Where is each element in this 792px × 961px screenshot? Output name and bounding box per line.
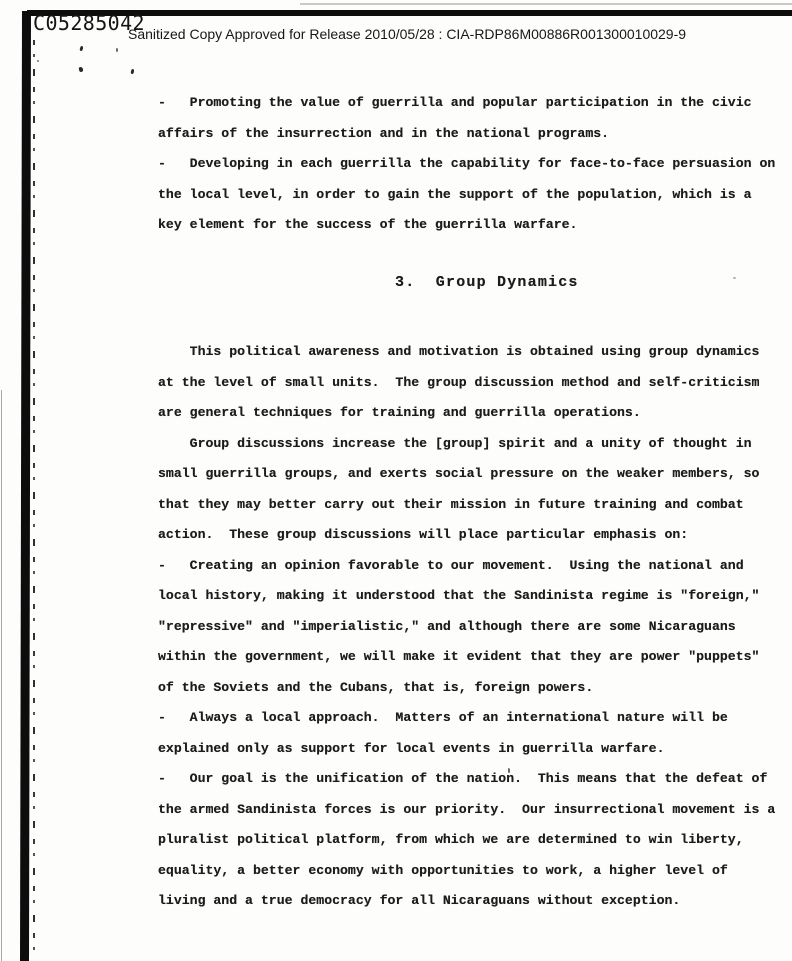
scan-speckle — [130, 69, 134, 75]
text-line: Group discussions increase the [group] s… — [158, 429, 792, 460]
scan-speckle — [116, 48, 118, 52]
text-line: the local level, in order to gain the su… — [158, 180, 792, 211]
text-line: "repressive" and "imperialistic," and al… — [158, 612, 792, 643]
scan-speckle — [79, 46, 83, 52]
text-line: - Our goal is the unification of the nat… — [158, 764, 792, 795]
text-line: explained only as support for local even… — [158, 734, 792, 765]
release-banner: Sanitized Copy Approved for Release 2010… — [128, 26, 686, 42]
text-line: This political awareness and motivation … — [158, 337, 792, 368]
text-line: within the government, we will make it e… — [158, 642, 792, 673]
scanned-document-page: C05285042 Sanitized Copy Approved for Re… — [0, 0, 792, 961]
section-heading: 3. Group Dynamics — [158, 268, 792, 299]
text-line: affairs of the insurrection and in the n… — [158, 119, 792, 150]
text-line: - Creating an opinion favorable to our m… — [158, 551, 792, 582]
text-line: the armed Sandinista forces is our prior… — [158, 795, 792, 826]
text-line: - Developing in each guerrilla the capab… — [158, 149, 792, 180]
scan-border-left — [20, 11, 31, 961]
text-line: pluralist political platform, from which… — [158, 825, 792, 856]
text-line: equality, a better economy with opportun… — [158, 856, 792, 887]
text-line: key element for the success of the guerr… — [158, 210, 792, 241]
text-line: living and a true democracy for all Nica… — [158, 886, 792, 917]
text-line: are general techniques for training and … — [158, 398, 792, 429]
text-line: small guerrilla groups, and exerts socia… — [158, 459, 792, 490]
text-line: local history, making it understood that… — [158, 581, 792, 612]
text-line: - Always a local approach. Matters of an… — [158, 703, 792, 734]
text-line: - Promoting the value of guerrilla and p… — [158, 88, 792, 119]
scan-gray-line — [300, 3, 792, 5]
document-body: - Promoting the value of guerrilla and p… — [158, 88, 792, 917]
scan-speckle — [79, 67, 84, 73]
text-line: action. These group discussions will pla… — [158, 520, 792, 551]
text-line: of the Soviets and the Cubans, that is, … — [158, 673, 792, 704]
text-line: that they may better carry out their mis… — [158, 490, 792, 521]
scan-edge-line — [1, 390, 2, 961]
scan-speckle — [37, 60, 39, 62]
text-line: at the level of small units. The group d… — [158, 368, 792, 399]
scan-dashed-edge — [33, 40, 35, 961]
